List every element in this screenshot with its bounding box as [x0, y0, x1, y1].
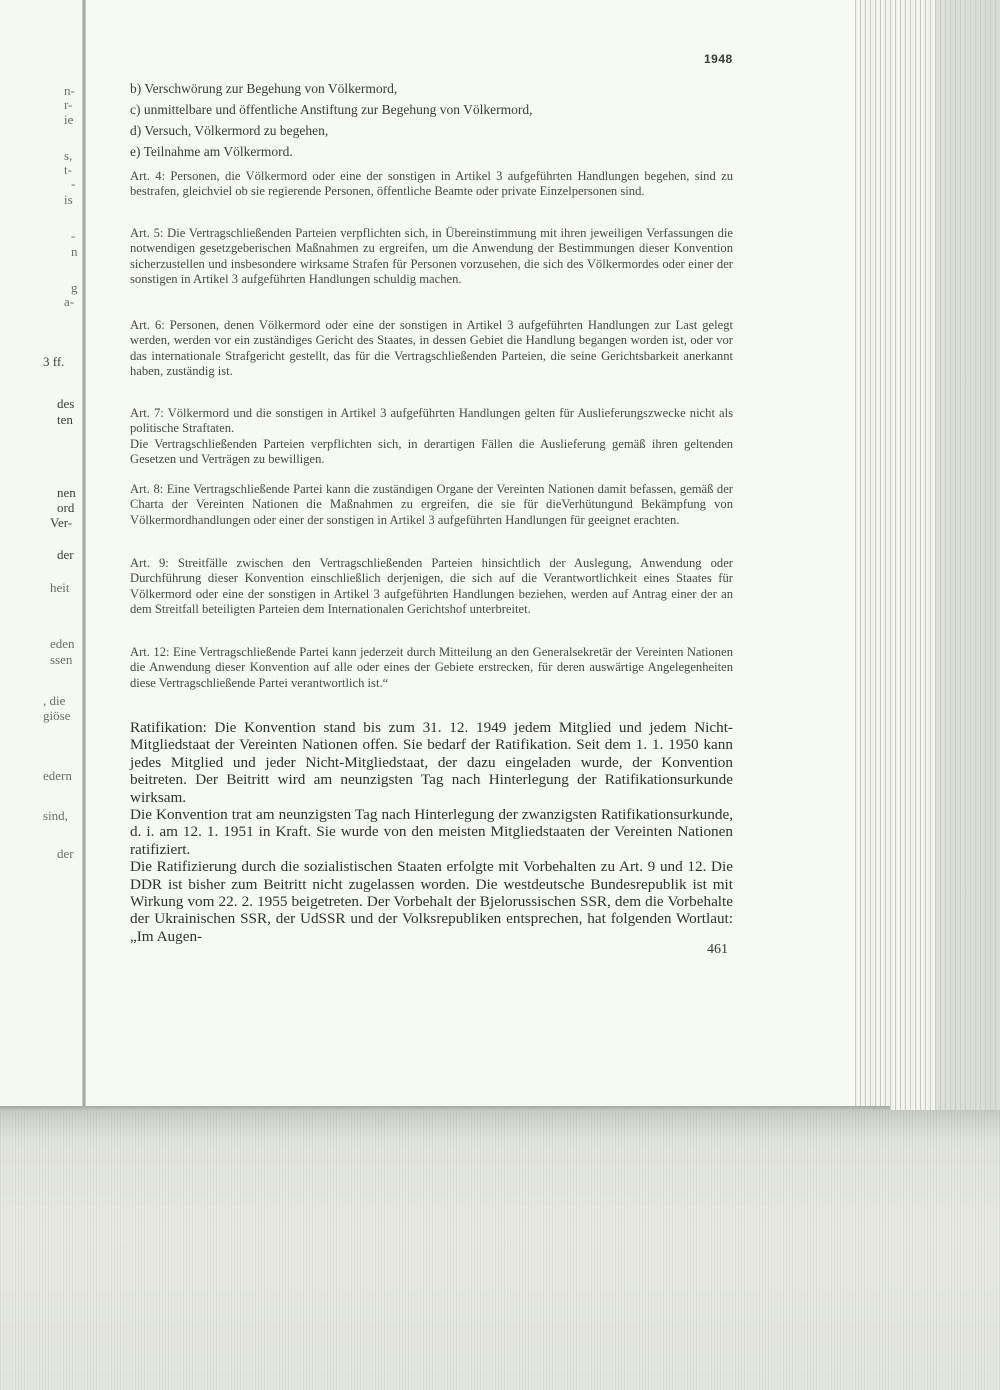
page-edges-shadow: [935, 0, 1000, 1120]
genocide-acts-list: b) Verschwörung zur Begehung von Völkerm…: [130, 78, 730, 162]
facing-page-fragment: des: [57, 396, 74, 412]
ratification-paragraph-3: Die Ratifizierung durch die sozialistisc…: [130, 858, 733, 945]
facing-page-fragment: r-: [64, 97, 72, 113]
facing-page-fragment: sind,: [43, 808, 68, 824]
article-4: Art. 4: Personen, die Völkermord oder ei…: [130, 169, 733, 200]
facing-page-fragment: der: [57, 547, 74, 563]
facing-page-fragment: eden: [50, 636, 75, 652]
facing-page-fragment: -: [71, 228, 75, 244]
article-12: Art. 12: Eine Vertragschließende Partei …: [130, 645, 733, 691]
facing-page-fragment: a-: [64, 294, 74, 310]
facing-page-fragment: Ver-: [50, 515, 72, 531]
ratification-paragraph-2: Die Konvention trat am neunzigsten Tag n…: [130, 806, 733, 858]
ratification-section: Ratifikation: Die Konvention stand bis z…: [130, 719, 733, 945]
article-7-text-2: Die Vertragschließenden Parteien verpfli…: [130, 437, 733, 468]
facing-page-fragment: edern: [43, 768, 72, 784]
list-item-b: b) Verschwörung zur Begehung von Völkerm…: [130, 78, 730, 99]
list-item-d: d) Versuch, Völkermord zu begehen,: [130, 120, 730, 141]
facing-page-fragment: , die: [43, 693, 65, 709]
facing-page-fragment: is: [64, 192, 73, 208]
facing-page-fragment: der: [57, 846, 74, 862]
facing-page-fragment: ord: [57, 500, 74, 516]
page-number: 461: [707, 942, 728, 958]
article-6: Art. 6: Personen, denen Völkermord oder …: [130, 318, 733, 379]
ratification-paragraph-1: Ratifikation: Die Konvention stand bis z…: [130, 719, 733, 806]
article-9: Art. 9: Streitfälle zwischen den Vertrag…: [130, 556, 733, 617]
article-8-text: Art. 8: Eine Vertragschließende Partei k…: [130, 482, 733, 528]
facing-page-fragment: ssen: [50, 652, 72, 668]
list-item-e: e) Teilnahme am Völkermord.: [130, 141, 730, 162]
list-item-c: c) unmittelbare und öffentliche Anstiftu…: [130, 99, 730, 120]
article-7: Art. 7: Völkermord und die sonstigen in …: [130, 406, 733, 467]
facing-page-fragment: 3 ff.: [43, 354, 64, 370]
facing-page-fragment: heit: [50, 580, 70, 596]
article-7-text-1: Art. 7: Völkermord und die sonstigen in …: [130, 406, 733, 437]
facing-page-fragment: -: [71, 176, 75, 192]
article-6-text: Art. 6: Personen, denen Völkermord oder …: [130, 318, 733, 379]
facing-page-fragment: ie: [64, 112, 73, 128]
facing-page-fragment: giöse: [43, 708, 70, 724]
article-9-text: Art. 9: Streitfälle zwischen den Vertrag…: [130, 556, 733, 617]
article-8: Art. 8: Eine Vertragschließende Partei k…: [130, 482, 733, 528]
article-5-text: Art. 5: Die Vertragschließenden Parteien…: [130, 226, 733, 287]
article-4-text: Art. 4: Personen, die Völkermord oder ei…: [130, 169, 733, 200]
facing-page-fragment: n: [71, 244, 78, 260]
running-header-year: 1948: [704, 52, 733, 66]
scanner-background-area: [0, 1110, 1000, 1390]
article-5: Art. 5: Die Vertragschließenden Parteien…: [130, 226, 733, 287]
article-12-text: Art. 12: Eine Vertragschließende Partei …: [130, 645, 733, 691]
facing-page-fragment: ten: [57, 412, 73, 428]
facing-page-fragment: nen: [57, 485, 76, 501]
